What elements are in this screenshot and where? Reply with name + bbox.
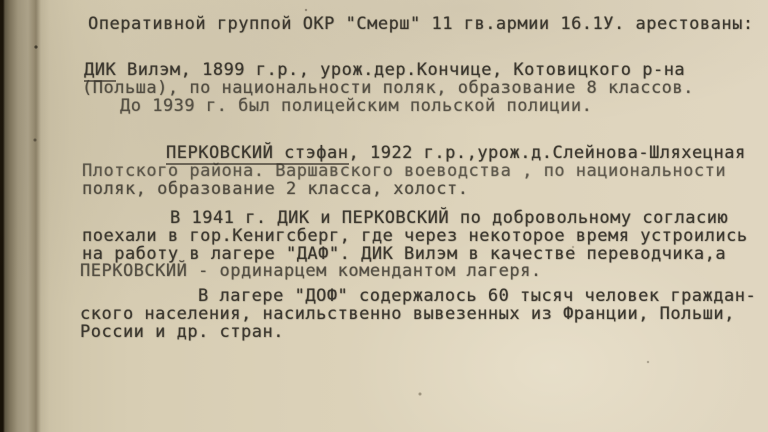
scanned-document: { "document": { "kind": "scanned-typewri… [0, 0, 768, 432]
typed-line: До 1939 г. был полицейским польской поли… [120, 98, 592, 116]
typed-line-header: Оперативной группой ОКР "Смерш" 11 гв.ар… [88, 16, 754, 34]
typed-line-rest: , 1922 г.р.,урож.д.Слейнова-Шляхецная [349, 143, 746, 163]
document-page: Оперативной группой ОКР "Смерш" 11 гв.ар… [0, 0, 768, 432]
typed-line: поляк, образование 2 класса, холост. [82, 181, 468, 199]
typed-line-rest: Вилэм, 1899 г.р., урож.дер.Кончице, Кото… [116, 60, 685, 80]
typed-line: ПЕРКОВСКИЙ - ординарцем комендантом лаге… [80, 263, 542, 281]
typed-line: России и др. стран. [80, 324, 284, 342]
